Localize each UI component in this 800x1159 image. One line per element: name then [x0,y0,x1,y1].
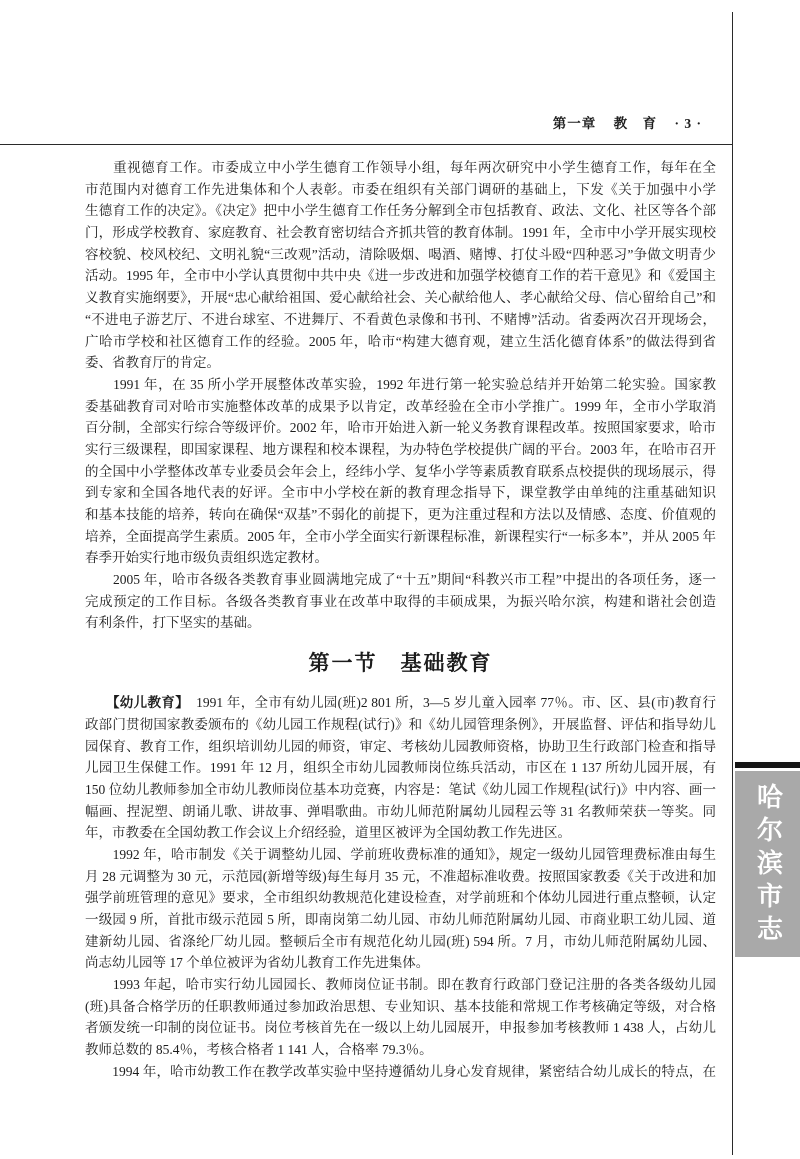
text-line: 生德育工作的决定》。《决定》把中小学生德育工作任务分解到全市包括教育、政法、文化… [85,200,716,222]
text-line: 市范围内对德育工作先进集体和个人表彰。市委在组织有关部门调研的基础上，下发《关于… [85,179,716,201]
text-line: “不进电子游艺厅、不进台球室、不进舞厅、不看黄色录像和书刊、不赌博”活动。省委两… [85,309,716,331]
text-line: 门，形成学校教育、家庭教育、社会教育密切结合齐抓共管的教育体制。1991 年，全… [85,222,716,244]
page-number: · 3 · [674,116,702,131]
text-line: 150 位幼儿教师参加全市幼儿教师岗位基本功竞赛，内容是：笔试《幼儿园工作规程(… [85,779,716,801]
text-line: 培养，全面提高学生素质。2005 年，全市小学全面实行新课程标准，新课程实行“一… [85,526,716,548]
text-line: 1992 年，哈市制发《关于调整幼儿园、学前班收费标准的通知》，规定一级幼儿园管… [85,844,716,866]
text-line: 容校貌、校风校纪、文明礼貌“三改观”活动，清除吸烟、喝酒、赌博、打仗斗殴“四种恶… [85,244,716,266]
text-column: 重视德育工作。市委成立中小学生德育工作领导小组，每年两次研究中小学生德育工作，每… [85,157,716,1083]
text-line: 1991 年，在 35 所小学开展整体改革实验，1992 年进行第一轮实验总结并… [85,374,716,396]
text-line: 【幼儿教育】 1991 年，全市有幼儿园(班)2 801 所，3—5 岁儿童入园… [85,692,716,714]
header-rule [0,144,733,145]
chapter-label: 第一章 [553,116,597,131]
text-line: 活动。1995 年，全市中小学认真贯彻中共中央《进一步改进和加强学校德育工作的若… [85,265,716,287]
section-text-block: 【幼儿教育】 1991 年，全市有幼儿园(班)2 801 所，3—5 岁儿童入园… [85,692,716,1082]
text-line: 儿园卫生保健工作。1991 年 12 月，组织全市幼儿园教师岗位练兵活动，市区在… [85,757,716,779]
text-line: 百分制，全部实行综合等级评价。2002 年，哈市开始进入新一轮义务教育课程改革。… [85,417,716,439]
text-line: 和基本技能的培养，转向在确保“双基”不弱化的前提下，更为注重过程和方法以及情感、… [85,504,716,526]
text-line: 年，市教委在全国幼教工作会议上介绍经验，道里区被评为全国幼教工作先进区。 [85,822,716,844]
text-line: 者颁发统一印制的岗位证书。岗位考核首先在一级以上幼儿园展开，申报参加考核教师 1… [85,1017,716,1039]
text-line: 强学前班管理的意见》要求，全市组织幼教规范化建设检查，对学前班和个体幼儿园进行重… [85,887,716,909]
book-spine-tab: 哈尔滨市志 [735,762,800,957]
running-head: 第一章 教 育 · 3 · [553,112,702,132]
text-line: 1993 年起，哈市实行幼儿园园长、教师岗位证书制。即在教育行政部门登记注册的各… [85,974,716,996]
text-line: (班)具备合格学历的任职教师通过参加政治思想、专业知识、基本技能和常规工作考核确… [85,996,716,1018]
text-line: 实行三级课程，即国家课程、地方课程和校本课程，为办特色学校提供广阔的平台。200… [85,439,716,461]
text-line: 政部门贯彻国家教委颁布的《幼儿园工作规程(试行)》和《幼儿园管理条例》，开展监督… [85,714,716,736]
text-line: 月 28 元调整为 30 元，示范园(新增等级)每生每月 35 元，不准超标准收… [85,866,716,888]
text-line: 广哈市学校和社区德育工作的经验。2005 年，哈市“构建大德育观，建立生活化德育… [85,331,716,353]
text-line: 尚志幼儿园等 17 个单位被评为省幼儿教育工作先进集体。 [85,952,716,974]
section-title: 第一节 基础教育 [85,634,716,692]
text-line: 义教育实施纲要》，开展“忠心献给祖国、爱心献给社会、关心献给他人、孝心献给父母、… [85,287,716,309]
text-line: 1994 年，哈市幼教工作在教学改革实验中坚持遵循幼儿身心发育规律，紧密结合幼儿… [85,1061,716,1083]
text-line: 委、省教育厅的肯定。 [85,352,716,374]
page-border-line [732,12,733,1155]
text-line: 完成预定的工作目标。各级各类教育事业在改革中取得的丰硕成果，为振兴哈尔滨，构建和… [85,591,716,613]
text-line: 园保育、教育工作，组织培训幼儿园的师资，审定、考核幼儿园教师资格，协助卫生行政部… [85,736,716,758]
text-line: 幅画、捏泥塑、朗诵儿歌、讲故事、弹唱歌曲。市幼儿师范附属幼儿园程云等 31 名教… [85,801,716,823]
text-line: 有利条件，打下坚实的基础。 [85,612,716,634]
text-line: 教师总数的 85.4％，考核合格者 1 141 人，合格率 79.3％。 [85,1039,716,1061]
text-line: 建新幼儿园、省涤纶厂幼儿园。整顿后全市有规范化幼儿园(班) 594 所。7 月，… [85,931,716,953]
text-line: 重视德育工作。市委成立中小学生德育工作领导小组，每年两次研究中小学生德育工作，每… [85,157,716,179]
text-line: 的全国中小学整体改革专业委员会年会上，经纬小学、复华小学等素质教育联系点校提供的… [85,461,716,483]
text-line: 委基础教育司对哈市实施整体改革的成果予以肯定，改革经验在全市小学推广。1999 … [85,396,716,418]
intro-text-block: 重视德育工作。市委成立中小学生德育工作领导小组，每年两次研究中小学生德育工作，每… [85,157,716,634]
spine-tab-panel: 哈尔滨市志 [735,771,800,957]
text-line: 2005 年，哈市各级各类教育事业圆满地完成了“十五”期间“科教兴市工程”中提出… [85,569,716,591]
scanned-book-page: { "header": { "chapter": "第一章", "subject… [0,0,800,1159]
text-line: 到专家和全国各地代表的好评。全市中小学校在新的教育理念指导下，课堂教学由单纯的注… [85,482,716,504]
entry-label: 【幼儿教育】 [113,695,183,710]
chapter-subject: 教 育 [614,116,658,131]
text-line: 一级园 9 所，首批市级示范园 5 所，即南岗第二幼儿园、市幼儿师范附属幼儿园、… [85,909,716,931]
text-line: 春季开始实行地市级负责组织选定教材。 [85,547,716,569]
book-title-vertical: 哈尔滨市志 [755,783,781,948]
